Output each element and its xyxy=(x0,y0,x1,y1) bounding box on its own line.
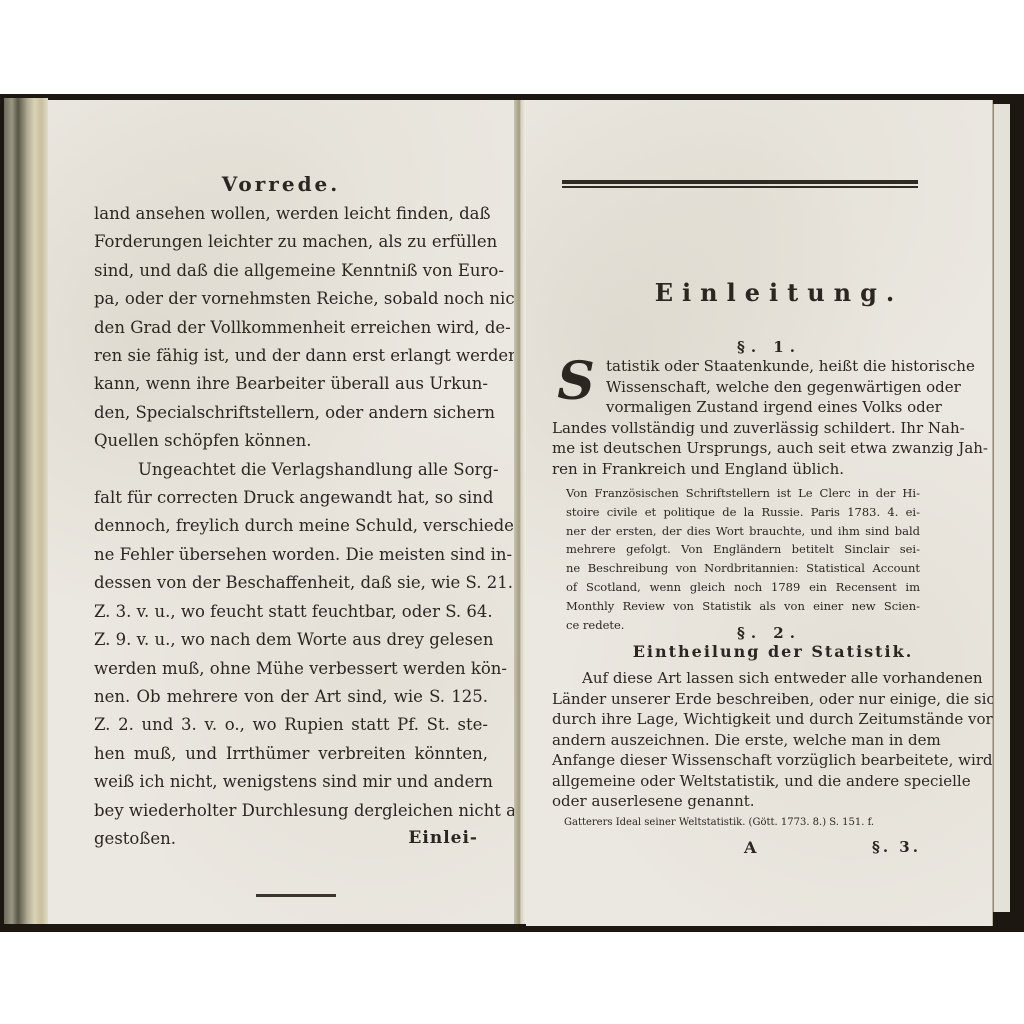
text-line: Z. 3. v. u., wo feucht statt feuchtbar, … xyxy=(94,598,488,626)
text-line: werden muß, ohne Mühe verbessert werden … xyxy=(94,655,488,683)
book-gutter xyxy=(514,100,526,924)
end-rule-divider xyxy=(256,894,336,897)
text-line: Länder unserer Erde beschreiben, oder nu… xyxy=(552,689,920,710)
footnote-line: Monthly Review von Statistik als von ein… xyxy=(566,597,920,616)
text-line: oder auserlesene genannt. xyxy=(552,791,920,812)
text-line: Quellen schöpfen können. xyxy=(94,427,488,455)
text-line: pa, oder der vornehmsten Reiche, sobald … xyxy=(94,285,488,313)
text-line: Forderungen leichter zu machen, als zu e… xyxy=(94,228,488,256)
section-number: §. 1. xyxy=(526,338,1002,356)
left-page: Vorrede. land ansehen wollen, werden lei… xyxy=(48,100,514,924)
drop-cap: S xyxy=(552,358,600,406)
text-line: Auf diese Art lassen sich entweder alle … xyxy=(552,668,920,689)
text-line: den Grad der Vollkommenheit erreichen wi… xyxy=(94,314,488,342)
text-line: vormaligen Zustand irgend eines Volks od… xyxy=(552,397,920,418)
text-line: den, Specialschriftstellern, oder andern… xyxy=(94,399,488,427)
text-line: dennoch, freylich durch meine Schuld, ve… xyxy=(94,512,488,540)
section-1-text: S tatistik oder Staatenkunde, heißt die … xyxy=(552,356,920,479)
section-title: Eintheilung der Statistik. xyxy=(526,642,1006,661)
page-block-edge xyxy=(4,98,48,924)
text-line: ren in Frankreich und England üblich. xyxy=(552,459,920,480)
chapter-title: Einleitung. xyxy=(526,278,1012,307)
text-line: durch ihre Lage, Wichtigkeit und durch Z… xyxy=(552,709,920,730)
text-line: tatistik oder Staatenkunde, heißt die hi… xyxy=(552,356,920,377)
footnote-line: ner der ersten, der dies Wort brauchte, … xyxy=(566,522,920,541)
double-rule-divider xyxy=(562,180,918,189)
text-line: allgemeine oder Weltstatistik, und die a… xyxy=(552,771,920,792)
page-fold-edge xyxy=(993,104,1010,912)
text-line: hen muß, und Irrthümer verbreiten könnte… xyxy=(94,740,488,768)
section-number: §. 2. xyxy=(526,624,1002,642)
text-line: andern auszeichnen. Die erste, welche ma… xyxy=(552,730,920,751)
running-head: Vorrede. xyxy=(48,172,514,196)
text-line: me ist deutschen Ursprungs, auch seit et… xyxy=(552,438,920,459)
catchword: Einlei- xyxy=(408,828,478,848)
footnote-line: stoire civile et politique de la Russie.… xyxy=(566,503,920,522)
footnote-line: Von Französischen Schriftstellern ist Le… xyxy=(566,484,920,503)
open-book: Vorrede. land ansehen wollen, werden lei… xyxy=(0,94,1024,932)
text-line: Ungeachtet die Verlagshandlung alle Sorg… xyxy=(94,456,488,484)
text-line: bey wiederholter Durchlesung dergleichen… xyxy=(94,797,488,825)
text-line: falt für correcten Druck angewandt hat, … xyxy=(94,484,488,512)
text-line: Anfange dieser Wissenschaft vorzüglich b… xyxy=(552,750,920,771)
footnote-line: mehrere gefolgt. Von Engländern betitelt… xyxy=(566,540,920,559)
text-line: kann, wenn ihre Bearbeiter überall aus U… xyxy=(94,370,488,398)
text-line: Landes vollständig und zuverlässig schil… xyxy=(552,418,920,439)
footnote: Gatterers Ideal seiner Weltstatistik. (G… xyxy=(564,816,924,830)
text-line: sind, und daß die allgemeine Kenntniß vo… xyxy=(94,257,488,285)
text-line: dessen von der Beschaffenheit, daß sie, … xyxy=(94,569,488,597)
footnote: Von Französischen Schriftstellern ist Le… xyxy=(566,484,920,634)
text-line: ne Fehler übersehen worden. Die meisten … xyxy=(94,541,488,569)
footnote-line: ne Beschreibung von Nordbritannien: Stat… xyxy=(566,559,920,578)
preface-text: land ansehen wollen, werden leicht finde… xyxy=(94,200,488,853)
text-line: nen. Ob mehrere von der Art sind, wie S.… xyxy=(94,683,488,711)
footnote-line: of Scotland, wenn gleich noch 1789 ein R… xyxy=(566,578,920,597)
text-line: weiß ich nicht, wenigstens sind mir und … xyxy=(94,768,488,796)
text-line: ren sie fähig ist, und der dann erst erl… xyxy=(94,342,488,370)
text-line: Z. 2. und 3. v. o., wo Rupien statt Pf. … xyxy=(94,711,488,739)
section-2-text: Auf diese Art lassen sich entweder alle … xyxy=(552,668,920,812)
catchword: §. 3. xyxy=(872,838,921,856)
text-line: Wissenschaft, welche den gegenwärtigen o… xyxy=(552,377,920,398)
signature-mark: A xyxy=(744,838,756,857)
text-line: land ansehen wollen, werden leicht finde… xyxy=(94,200,488,228)
text-line: Z. 9. v. u., wo nach dem Worte aus drey … xyxy=(94,626,488,654)
right-page: Einleitung. §. 1. S tatistik oder Staate… xyxy=(526,100,993,926)
